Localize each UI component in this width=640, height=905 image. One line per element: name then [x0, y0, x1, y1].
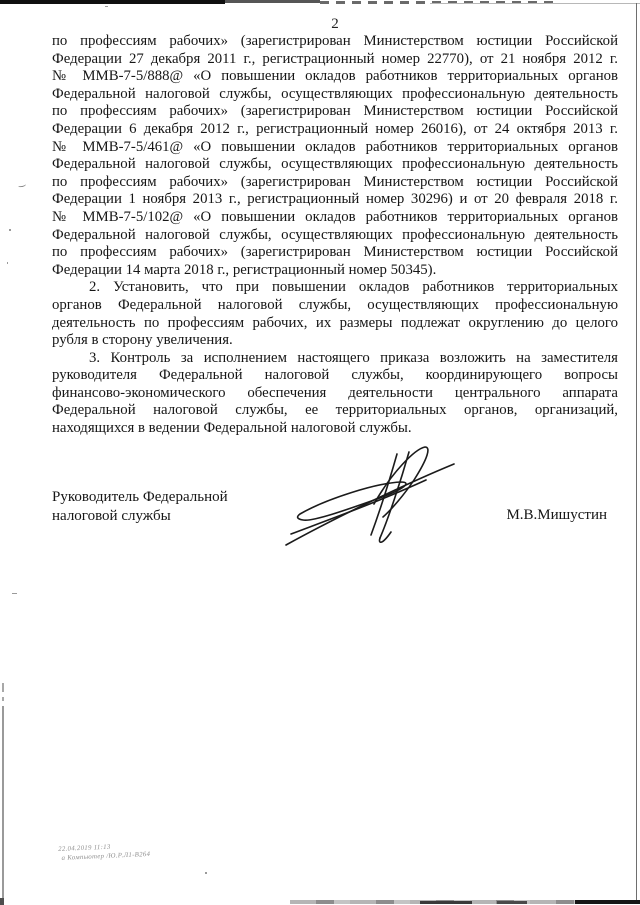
- text-line: по профессиям рабочих» (зарегистрирован …: [52, 244, 618, 262]
- text-line: 2. Установить, что при повышении окладов…: [52, 279, 618, 297]
- signatory-title: Руководитель Федеральной налоговой служб…: [52, 488, 228, 525]
- paragraph: по профессиям рабочих» (зарегистрирован …: [52, 33, 618, 279]
- scan-artifact-right-border: [636, 3, 637, 903]
- scan-speck: [7, 262, 8, 264]
- text-line: 3. Контроль за исполнением настоящего пр…: [52, 350, 618, 368]
- scan-artifact-top-gray: [225, 0, 320, 3]
- text-line: финансово-экономического обеспечения дея…: [52, 385, 618, 403]
- scan-artifact-left-border: [2, 706, 4, 905]
- document-body: по профессиям рабочих» (зарегистрирован …: [52, 33, 618, 438]
- scan-artifact-left-border: [2, 683, 4, 692]
- scanned-page: 2 по профессиям рабочих» (зарегистрирова…: [0, 0, 640, 905]
- text-line: органов Федеральной налоговой службы, ос…: [52, 297, 618, 315]
- scan-speck: [18, 182, 27, 188]
- text-line: Федеральной налоговой службы, ее террито…: [52, 402, 618, 420]
- scan-artifact-left-border: [2, 697, 4, 701]
- text-line: по профессиям рабочих» (зарегистрирован …: [52, 174, 618, 192]
- scan-artifact-top-line: [430, 3, 640, 4]
- scan-speck: [9, 229, 11, 231]
- text-line: Федеральной налоговой службы, осуществля…: [52, 156, 618, 174]
- text-line: Федерации 14 марта 2018 г., регистрацион…: [52, 262, 618, 280]
- footer-stamp: 22.04.2019 11:13 а Компьютер /Ю.Р.Л1-В26…: [58, 841, 150, 863]
- paragraph: 3. Контроль за исполнением настоящего пр…: [52, 350, 618, 438]
- text-line: Федерации 27 декабря 2011 г., регистраци…: [52, 51, 618, 69]
- scan-artifact-bottom-strip: [290, 900, 640, 904]
- scan-artifact-bottom-dark: [420, 901, 472, 904]
- text-line: Федеральной налоговой службы, осуществля…: [52, 227, 618, 245]
- scan-speck: [12, 593, 17, 594]
- text-line: находящихся в ведении Федеральной налого…: [52, 420, 618, 438]
- signatory-title-line: налоговой службы: [52, 507, 228, 526]
- scan-artifact-corner: [0, 898, 4, 905]
- scan-speck: [205, 872, 207, 874]
- signatory-name: М.В.Мишустин: [506, 507, 607, 524]
- text-line: по профессиям рабочих» (зарегистрирован …: [52, 103, 618, 121]
- text-line: Федеральной налоговой службы, осуществля…: [52, 86, 618, 104]
- scan-artifact-bottom-dark: [497, 901, 527, 904]
- text-line: руководителя Федеральной налоговой служб…: [52, 367, 618, 385]
- text-line: рубля в сторону увеличения.: [52, 332, 618, 350]
- scan-artifact-top-dashes: [320, 1, 560, 4]
- text-line: № ММВ-7-5/461@ «О повышении окладов рабо…: [52, 139, 618, 157]
- text-line: Федерации 6 декабря 2012 г., регистрацио…: [52, 121, 618, 139]
- text-line: по профессиям рабочих» (зарегистрирован …: [52, 33, 618, 51]
- text-line: № ММВ-7-5/888@ «О повышении окладов рабо…: [52, 68, 618, 86]
- signatory-title-line: Руководитель Федеральной: [52, 488, 228, 507]
- text-line: деятельность по профессиям рабочих, их р…: [52, 315, 618, 333]
- text-line: Федерации 1 ноября 2013 г., регистрацион…: [52, 191, 618, 209]
- scan-artifact-top-black: [0, 0, 225, 4]
- scan-artifact-bottom-black: [575, 900, 640, 904]
- paragraph: 2. Установить, что при повышении окладов…: [52, 279, 618, 349]
- text-line: № ММВ-7-5/102@ «О повышении окладов рабо…: [52, 209, 618, 227]
- signature-autograph: [278, 441, 463, 553]
- page-number: 2: [52, 16, 618, 33]
- scan-speck: [105, 6, 108, 7]
